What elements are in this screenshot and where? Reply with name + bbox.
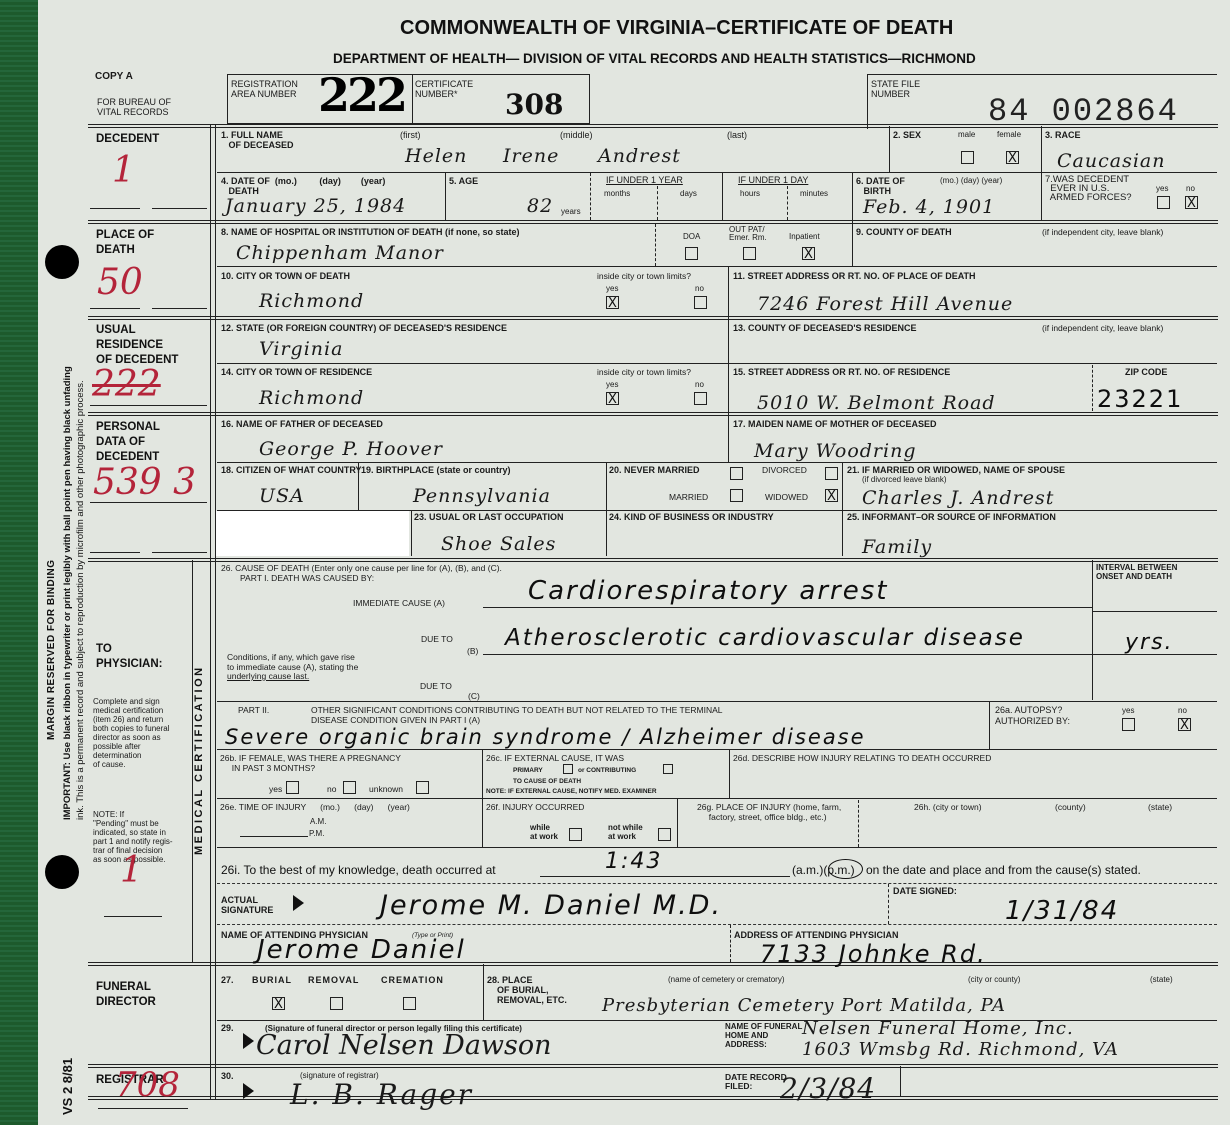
female-label: female: [997, 130, 1021, 140]
pm-circle: [828, 859, 863, 879]
immediate-cause-label: IMMEDIATE CAUSE (A): [353, 598, 445, 608]
certificate-number-label: CERTIFICATE NUMBER*: [415, 79, 473, 99]
autopsy-yes-checkbox[interactable]: [1122, 718, 1135, 731]
birthplace-value[interactable]: Pennsylvania: [413, 485, 551, 507]
pregnancy-unknown-checkbox[interactable]: [416, 781, 429, 794]
external-cause-note: NOTE: IF EXTERNAL CAUSE, NOTIFY MED. EXA…: [486, 787, 657, 797]
section-decedent: DECEDENT: [96, 132, 159, 147]
f17-label: 17. MAIDEN NAME OF MOTHER OF DECEASED: [733, 419, 937, 429]
under-1-day-label: IF UNDER 1 DAY: [738, 175, 808, 185]
burial-state-label: (state): [1150, 975, 1173, 985]
important-line-1: IMPORTANT: Use black ribbon in typewrite…: [62, 366, 73, 820]
burial-place-value[interactable]: Presbyterian Cemetery Port Matilda, PA: [602, 995, 1006, 1016]
autopsy-no-checkbox[interactable]: [1178, 718, 1191, 731]
f25-label: 25. INFORMANT–OR SOURCE OF INFORMATION: [847, 512, 1056, 522]
external-contributing-checkbox[interactable]: [663, 764, 673, 774]
f14-no-label: no: [695, 380, 704, 390]
state-file-label: STATE FILE NUMBER: [871, 79, 920, 99]
f26c-label: 26c. IF EXTERNAL CAUSE, IT WAS: [486, 753, 624, 763]
f30-label: 30.: [221, 1071, 234, 1081]
married-checkbox[interactable]: [730, 489, 743, 502]
registrar-sig-arrow-icon: [243, 1083, 254, 1099]
inpatient-label: Inpatient: [789, 232, 820, 242]
date-filed-label: DATE RECORD FILED:: [725, 1073, 787, 1091]
while-at-work-label: while at work: [530, 823, 558, 841]
physician-instructions: Complete and sign medical certification …: [93, 697, 170, 769]
due-to-c-label: DUE TO: [420, 681, 452, 691]
spouse-name-value[interactable]: Charles J. Andrest: [862, 487, 1054, 509]
f9-note: (if independent city, leave blank): [1042, 227, 1163, 237]
f2-label: 2. SEX: [893, 130, 921, 140]
certificate-number: 308: [505, 88, 563, 121]
certificate-paper: [38, 0, 1230, 1125]
signature-arrow-icon: [293, 895, 304, 911]
funeral-home-label: NAME OF FUNERAL HOME AND ADDRESS:: [725, 1022, 802, 1049]
f19-label: 19. BIRTHPLACE (state or country): [361, 465, 511, 475]
personal-data-code: 539 3: [93, 462, 196, 503]
physician-name-value[interactable]: Jerome Daniel: [257, 935, 466, 965]
state-label: (state): [1148, 802, 1172, 812]
father-name-value[interactable]: George P. Hoover: [259, 438, 443, 460]
redacted-field: [216, 511, 409, 556]
not-while-at-work-checkbox[interactable]: [658, 828, 671, 841]
f26d-label: 26d. DESCRIBE HOW INJURY RELATING TO DEA…: [733, 753, 991, 763]
dob-sub-label: (mo.) (day) (year): [940, 176, 1002, 186]
first-name-value[interactable]: Helen: [405, 145, 467, 167]
f26i-suffix: on the date and place and from the cause…: [866, 863, 1141, 877]
copy-label: COPY A: [95, 72, 133, 82]
f14-label: 14. CITY OR TOWN OF RESIDENCE: [221, 367, 372, 377]
f10-limits: inside city or town limits?: [597, 271, 691, 281]
first-label: (first): [400, 130, 421, 140]
state-of-residence-value[interactable]: Virginia: [259, 338, 343, 360]
f24-label: 24. KIND OF BUSINESS OR INDUSTRY: [609, 512, 774, 522]
funeral-director-signature-value[interactable]: Carol Nelsen Dawson: [256, 1030, 552, 1061]
funeral-sig-arrow-icon: [243, 1033, 254, 1049]
mother-name-value[interactable]: Mary Woodring: [754, 440, 916, 462]
f26h-label: 26h. (city or town): [914, 802, 982, 812]
f5-label: 5. AGE: [449, 176, 478, 186]
f29-label: 29.: [221, 1023, 234, 1033]
outpat-label: OUT PAT/ Emer. Rm.: [729, 226, 767, 242]
divorced-checkbox[interactable]: [825, 467, 838, 480]
registration-area-number: 222: [318, 68, 405, 122]
section-usual-residence: USUAL RESIDENCE OF DECEDENT: [96, 323, 178, 368]
f6-label: 6. DATE OF BIRTH: [856, 176, 905, 196]
f27-label: 27.: [221, 975, 234, 985]
copy-note: FOR BUREAU OF VITAL RECORDS: [97, 97, 171, 117]
city-of-death-value[interactable]: Richmond: [259, 290, 364, 312]
never-married-checkbox[interactable]: [730, 467, 743, 480]
pregnancy-no-checkbox[interactable]: [343, 781, 356, 794]
pregnancy-unknown-label: unknown: [369, 784, 403, 794]
section-to-physician: TO PHYSICIAN:: [96, 642, 162, 672]
physician-code: 1: [120, 850, 143, 891]
f26-label: 26. CAUSE OF DEATH (Enter only one cause…: [221, 563, 502, 573]
informant-value[interactable]: Family: [862, 536, 932, 558]
armed-forces-no-checkbox[interactable]: [1185, 196, 1198, 209]
part2-description: OTHER SIGNIFICANT CONDITIONS CONTRIBUTIN…: [311, 705, 723, 725]
city-county-label: (city or county): [968, 975, 1020, 985]
punch-hole: [45, 855, 79, 889]
burial-checkbox[interactable]: [272, 997, 285, 1010]
margin-binding-note: MARGIN RESERVED FOR BINDING: [46, 559, 57, 740]
primary-label: PRIMARY: [513, 766, 543, 776]
f16-label: 16. NAME OF FATHER OF DECEASED: [221, 419, 383, 429]
c-label: (C): [468, 691, 480, 701]
age-value[interactable]: 82: [527, 195, 553, 217]
certificate-subtitle: DEPARTMENT OF HEALTH— DIVISION OF VITAL …: [333, 51, 976, 66]
medical-certification-label: MEDICAL CERTIFICATION: [193, 665, 205, 855]
date-signed-label: DATE SIGNED:: [893, 886, 957, 896]
am-label: A.M.: [310, 817, 326, 827]
f10-label: 10. CITY OR TOWN OF DEATH: [221, 271, 350, 281]
age-unit: years: [561, 207, 581, 217]
date-of-birth-value[interactable]: Feb. 4, 1901: [863, 196, 995, 218]
not-while-at-work-label: not while at work: [608, 823, 643, 841]
to-cause-label: TO CAUSE OF DEATH: [513, 777, 581, 787]
f3-label: 3. RACE: [1045, 130, 1081, 140]
f12-label: 12. STATE (OR FOREIGN COUNTRY) OF DECEAS…: [221, 323, 507, 333]
divorced-label: DIVORCED: [762, 465, 807, 475]
place-of-death-address-value[interactable]: 7246 Forest Hill Avenue: [757, 293, 1013, 315]
widowed-label: WIDOWED: [765, 492, 808, 502]
f10-no-label: no: [695, 284, 704, 294]
f18-label: 18. CITIZEN OF WHAT COUNTRY: [221, 465, 362, 475]
residence-in-city-no-checkbox[interactable]: [694, 392, 707, 405]
place-of-death-code: 50: [97, 262, 143, 303]
residence-in-city-yes-checkbox[interactable]: [606, 392, 619, 405]
f15-label: 15. STREET ADDRESS OR RT. NO. OF RESIDEN…: [733, 367, 950, 377]
interval-label: INTERVAL BETWEEN ONSET AND DEATH: [1096, 563, 1177, 581]
part2-value[interactable]: Severe organic brain syndrome / Alzheime…: [225, 725, 866, 749]
death-in-city-no-checkbox[interactable]: [694, 296, 707, 309]
while-at-work-checkbox[interactable]: [569, 828, 582, 841]
registrar-signature-value[interactable]: L. B. Rager: [290, 1078, 473, 1111]
f9-label: 9. COUNTY OF DEATH: [856, 227, 952, 237]
certificate-title: COMMONWEALTH OF VIRGINIA–CERTIFICATE OF …: [400, 17, 953, 40]
immediate-cause-value[interactable]: Cardiorespiratory arrest: [528, 576, 888, 606]
armed-no-label: no: [1186, 184, 1195, 194]
underlying-cause-note: underlying cause last.: [227, 671, 309, 681]
date-filed-value[interactable]: 2/3/84: [780, 1072, 876, 1105]
city-of-residence-value[interactable]: Richmond: [259, 387, 364, 409]
f10-yes-label: yes: [606, 284, 618, 294]
removal-label: REMOVAL: [308, 975, 359, 985]
hospital-value[interactable]: Chippenham Manor: [236, 242, 444, 264]
occupation-value[interactable]: Shoe Sales: [441, 533, 556, 555]
decedent-code: 1: [112, 150, 135, 191]
date-of-death-value[interactable]: January 25, 1984: [225, 195, 406, 217]
part1-label: PART I. DEATH WAS CAUSED BY:: [240, 573, 374, 583]
months-label: months: [604, 189, 630, 199]
zip-value[interactable]: 23221: [1097, 385, 1183, 413]
male-label: male: [958, 130, 975, 140]
f26e-label: 26e. TIME OF INJURY (mo.) (day) (year): [220, 802, 410, 812]
middle-label: (middle): [560, 130, 593, 140]
burial-label: BURIAL: [252, 975, 292, 985]
registration-area-label: REGISTRATION AREA NUMBER: [231, 79, 298, 99]
minutes-label: minutes: [800, 189, 828, 199]
f4-label: 4. DATE OF (mo.) (day) (year) DEATH: [221, 176, 385, 196]
sex-male-checkbox[interactable]: [961, 151, 974, 164]
death-in-city-yes-checkbox[interactable]: [606, 296, 619, 309]
inpatient-checkbox[interactable]: [802, 247, 815, 260]
signature-label: ACTUAL SIGNATURE: [221, 895, 273, 915]
physician-address-label: ADDRESS OF ATTENDING PHYSICIAN: [734, 930, 899, 940]
external-primary-checkbox[interactable]: [563, 764, 573, 774]
contributing-label: or CONTRIBUTING: [578, 766, 636, 776]
doa-checkbox[interactable]: [685, 247, 698, 260]
race-value[interactable]: Caucasian: [1057, 150, 1165, 172]
residence-address-value[interactable]: 5010 W. Belmont Road: [757, 392, 996, 414]
middle-name-value[interactable]: Irene: [503, 145, 559, 167]
autopsy-yes-label: yes: [1122, 706, 1134, 716]
f14-yes-label: yes: [606, 380, 618, 390]
physician-address-value[interactable]: 7133 Johnke Rd.: [760, 940, 987, 968]
cremation-checkbox[interactable]: [403, 997, 416, 1010]
days-label: days: [680, 189, 697, 199]
f21-note: (if divorced leave blank): [862, 475, 946, 485]
margin-important-note: IMPORTANT: Use black ribbon in typewrite…: [62, 366, 74, 820]
f1-label: 1. FULL NAME OF DECEASED: [221, 130, 294, 150]
removal-checkbox[interactable]: [330, 997, 343, 1010]
f7-label: 7.WAS DECEDENT EVER IN U.S. ARMED FORCES…: [1045, 175, 1132, 202]
hours-label: hours: [740, 189, 760, 199]
f20-label: 20. NEVER MARRIED: [609, 465, 700, 475]
punch-hole: [45, 245, 79, 279]
doa-label: DOA: [683, 232, 700, 242]
pregnancy-yes-label: yes: [269, 784, 282, 794]
last-label: (last): [727, 130, 747, 140]
f26f-label: 26f. INJURY OCCURRED: [486, 802, 584, 812]
armed-forces-yes-checkbox[interactable]: [1157, 196, 1170, 209]
section-personal-data: PERSONAL DATA OF DECEDENT: [96, 420, 160, 465]
armed-yes-label: yes: [1156, 184, 1168, 194]
f8-label: 8. NAME OF HOSPITAL OR INSTITUTION OF DE…: [221, 227, 520, 237]
sex-female-checkbox[interactable]: [1006, 151, 1019, 164]
f13-label: 13. COUNTY OF DECEASED'S RESIDENCE: [733, 323, 917, 333]
pregnancy-no-label: no: [327, 784, 336, 794]
conditions-note: Conditions, if any, which gave rise to i…: [227, 652, 358, 672]
outpatient-checkbox[interactable]: [743, 247, 756, 260]
margin-important-note-2: ink. This is a permanent record and subj…: [75, 380, 87, 820]
f21-label: 21. IF MARRIED OR WIDOWED, NAME OF SPOUS…: [847, 465, 1065, 475]
registrar-code: 708: [115, 1065, 180, 1105]
pregnancy-yes-checkbox[interactable]: [286, 781, 299, 794]
f11-label: 11. STREET ADDRESS OR RT. NO. OF PLACE O…: [733, 271, 976, 281]
f14-limits: inside city or town limits?: [597, 367, 691, 377]
f26g-label: 26g. PLACE OF INJURY (home, farm, factor…: [697, 802, 841, 822]
f26a-label: 26a. AUTOPSY? AUTHORIZED BY:: [995, 705, 1070, 727]
f26b-label: 26b. IF FEMALE, WAS THERE A PREGNANCY IN…: [220, 753, 401, 773]
funeral-home-value[interactable]: Nelsen Funeral Home, Inc.: [802, 1018, 1074, 1039]
funeral-home-address-value[interactable]: 1603 Wmsbg Rd. Richmond, VA: [802, 1039, 1119, 1060]
zip-label: ZIP CODE: [1125, 367, 1167, 377]
f26i-label: 26i. To the best of my knowledge, death …: [221, 863, 496, 877]
section-funeral-director: FUNERAL DIRECTOR: [96, 980, 156, 1010]
county-label: (county): [1055, 802, 1086, 812]
widowed-checkbox[interactable]: [825, 489, 838, 502]
part2-label: PART II.: [238, 705, 269, 715]
f13-note: (if independent city, leave blank): [1042, 323, 1163, 333]
section-place-of-death: PLACE OF DEATH: [96, 228, 154, 258]
green-binding-strip: [0, 0, 38, 1125]
pm-label: P.M.: [309, 829, 324, 839]
interval-b-value[interactable]: yrs.: [1125, 630, 1174, 655]
due-to-b-value[interactable]: Atherosclerotic cardiovascular disease: [505, 625, 1025, 651]
time-of-death-value[interactable]: 1:43: [605, 849, 662, 874]
usual-residence-code: 222: [92, 364, 161, 405]
b-label: (B): [467, 646, 478, 656]
cremation-label: CREMATION: [381, 975, 444, 985]
cemetery-label: (name of cemetery or crematory): [668, 975, 784, 985]
form-code: VS 2 8/81: [60, 1058, 75, 1115]
date-signed-value[interactable]: 1/31/84: [1005, 896, 1119, 926]
f28-label: 28. PLACE OF BURIAL, REMOVAL, ETC.: [487, 975, 567, 1005]
citizenship-value[interactable]: USA: [259, 485, 305, 507]
under-1-year-label: IF UNDER 1 YEAR: [606, 175, 683, 185]
physician-signature-value[interactable]: Jerome M. Daniel M.D.: [380, 890, 722, 921]
last-name-value[interactable]: Andrest: [598, 145, 681, 167]
f23-label: 23. USUAL OR LAST OCCUPATION: [414, 512, 564, 522]
autopsy-no-label: no: [1178, 706, 1187, 716]
married-label: MARRIED: [669, 492, 708, 502]
due-to-b-label: DUE TO: [421, 634, 453, 644]
